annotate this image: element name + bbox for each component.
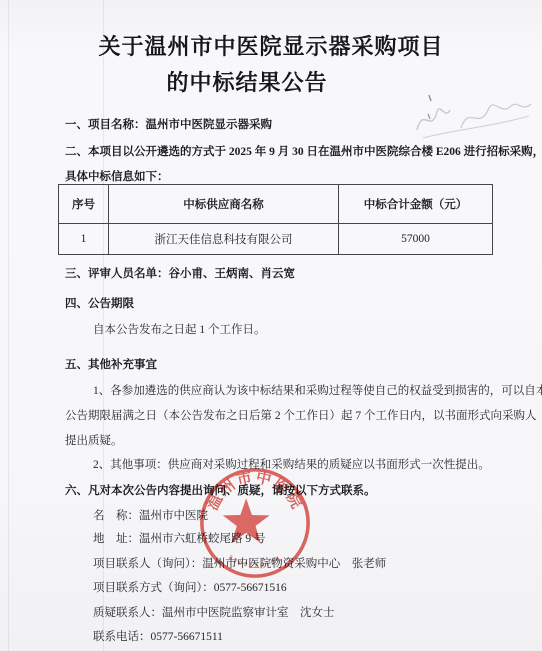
contact-name: 名 称：温州市中医院 — [93, 508, 208, 524]
col-header-amount: 中标合计金额（元） — [339, 185, 493, 224]
col-header-serial: 序号 — [59, 185, 109, 224]
pencil-dot-marks — [424, 92, 436, 122]
scanned-announcement-page: 关于温州市中医院显示器采购项目 的中标结果公告 一、项目名称：温州市中医院显示器… — [0, 0, 542, 651]
seal-star-icon — [223, 498, 270, 542]
seal-organization-text: 温州市中医院 — [203, 468, 307, 513]
official-seal-stamp: 温州市中医院 3303020785 — [196, 464, 314, 582]
table-header-row: 序号 中标供应商名称 中标合计金额（元） — [59, 185, 493, 224]
section-5-heading: 五、其他补充事宜 — [65, 357, 157, 373]
cell-supplier: 浙江天佳信息科技有限公司 — [109, 224, 339, 255]
section-3-review-panel: 三、评审人员名单：谷小甫、王炳南、肖云宽 — [65, 266, 295, 282]
cell-serial: 1 — [59, 224, 109, 255]
cell-amount: 57000 — [339, 224, 493, 255]
paper-crease-left — [8, 0, 9, 651]
section-5-para1-line1: 1、各参加遴选的供应商认为该中标结果和采购过程等使自己的权益受到损害的，可以自本 — [93, 383, 542, 399]
section-5-para1-line2: 公告期限届满之日（本公告发布之日后第 2 个工作日）起 7 个工作日内，以书面形… — [65, 408, 537, 424]
contact-project-phone: 项目联系方式（询问）：0577-56671516 — [93, 580, 287, 596]
section-5-para1-line3: 提出质疑。 — [65, 433, 123, 449]
section-2-procurement-line1: 二、本项目以公开遴选的方式于 2025 年 9 月 30 日在温州市中医院综合楼… — [65, 144, 542, 160]
table-row: 1 浙江天佳信息科技有限公司 57000 — [59, 224, 493, 255]
section-1-project-name: 一、项目名称：温州市中医院显示器采购 — [65, 117, 272, 133]
section-4-heading: 四、公告期限 — [65, 296, 134, 312]
seal-code-digits: 3303020785 — [227, 555, 283, 569]
bid-result-table: 序号 中标供应商名称 中标合计金额（元） 1 浙江天佳信息科技有限公司 5700… — [58, 184, 493, 255]
section-2-procurement-line2: 具体中标信息如下： — [65, 169, 169, 185]
document-title-line1: 关于温州市中医院显示器采购项目 — [0, 30, 542, 61]
section-4-body: 自本公告发布之日起 1 个工作日。 — [93, 322, 266, 338]
contact-phone: 联系电话：0577-56671511 — [93, 629, 223, 645]
col-header-supplier: 中标供应商名称 — [109, 185, 339, 224]
contact-challenge-person: 质疑联系人：温州市中医院监察审计室 沈女士 — [93, 605, 335, 621]
